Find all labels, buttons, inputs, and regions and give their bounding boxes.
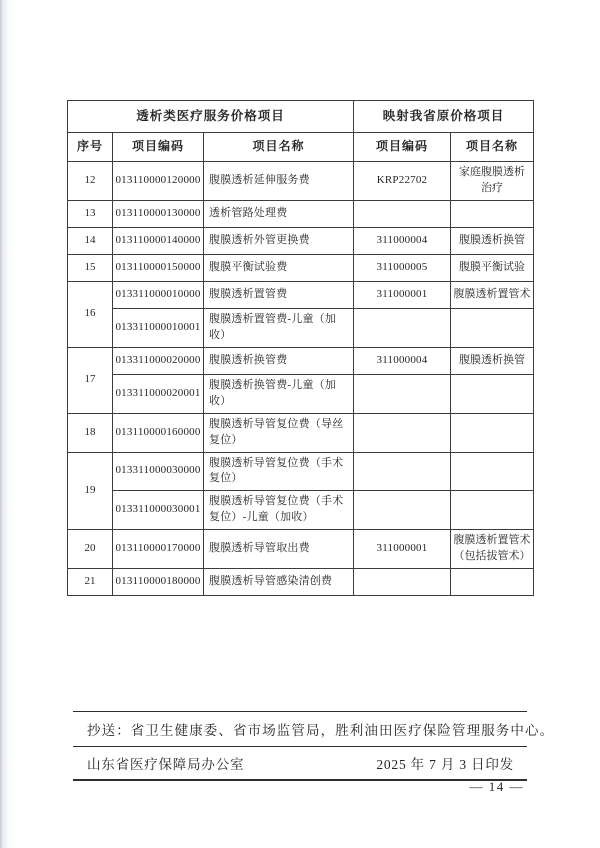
cell-seq: 21 — [68, 569, 113, 596]
issuing-office: 山东省医疗保障局办公室 — [87, 753, 244, 773]
cell-code: 013311000030001 — [113, 491, 204, 530]
cell-code: 013311000010000 — [113, 281, 204, 308]
cell-map-code — [354, 452, 451, 491]
document-footer: 抄送：省卫生健康委、省市场监管局，胜利油田医疗保险管理服务中心。 山东省医疗保障… — [73, 711, 527, 781]
table-row: 16013311000010000腹膜透析置管费311000001腹膜透析置管术 — [68, 281, 534, 308]
cell-code: 013110000120000 — [113, 162, 204, 201]
cell-seq: 12 — [68, 162, 113, 201]
cell-seq: 17 — [68, 347, 113, 413]
col-header-map-name: 项目名称 — [451, 133, 534, 162]
cell-name: 腹膜平衡试验费 — [204, 254, 354, 281]
cell-code: 013311000010001 — [113, 308, 204, 347]
cell-map-name — [451, 308, 534, 347]
table-row: 13013110000130000透析管路处理费 — [68, 200, 534, 227]
cell-map-code — [354, 374, 451, 413]
issue-date: 2025 年 7 月 3 日印发 — [376, 753, 514, 773]
cell-map-name — [451, 413, 534, 452]
table-row: 15013110000150000腹膜平衡试验费311000005腹膜平衡试验 — [68, 254, 534, 281]
col-header-item-name: 项目名称 — [204, 133, 354, 162]
cell-map-code: 311000001 — [354, 530, 451, 569]
cell-map-code — [354, 491, 451, 530]
cell-map-name: 家庭腹膜透析 治疗 — [451, 162, 534, 201]
issue-row: 山东省医疗保障局办公室 2025 年 7 月 3 日印发 — [73, 747, 527, 779]
cell-code: 013110000160000 — [113, 413, 204, 452]
table-row: 013311000020001腹膜透析换管费-儿童（加收） — [68, 374, 534, 413]
group-header-mapped-items: 映射我省原价格项目 — [354, 101, 534, 133]
cell-map-name — [451, 569, 534, 596]
table-row: 013311000030001腹膜透析导管复位费（手术复位）-儿童（加收） — [68, 491, 534, 530]
document-page: 透析类医疗服务价格项目 映射我省原价格项目 序号 项目编码 项目名称 项目编码 … — [0, 0, 600, 848]
cell-seq: 15 — [68, 254, 113, 281]
cell-name: 腹膜透析换管费 — [204, 347, 354, 374]
cell-map-code — [354, 413, 451, 452]
cell-name: 腹膜透析导管复位费（手术复位） — [204, 452, 354, 491]
table-row: 21013110000180000腹膜透析导管感染清创费 — [68, 569, 534, 596]
cell-name: 腹膜透析置管费-儿童（加收） — [204, 308, 354, 347]
cell-name: 腹膜透析置管费 — [204, 281, 354, 308]
table-row: 17013311000020000腹膜透析换管费311000004腹膜透析换管 — [68, 347, 534, 374]
cell-map-code — [354, 308, 451, 347]
cell-map-name: 腹膜透析置管术 — [451, 281, 534, 308]
cell-code: 013311000030000 — [113, 452, 204, 491]
cell-map-name — [451, 452, 534, 491]
cc-line: 抄送：省卫生健康委、省市场监管局，胜利油田医疗保险管理服务中心。 — [73, 712, 527, 746]
cell-map-code — [354, 569, 451, 596]
cell-name: 腹膜透析外管更换费 — [204, 227, 354, 254]
cell-map-code: 311000004 — [354, 347, 451, 374]
cell-seq: 20 — [68, 530, 113, 569]
cell-code: 013110000140000 — [113, 227, 204, 254]
cell-map-code: 311000004 — [354, 227, 451, 254]
table-row: 18013110000160000腹膜透析导管复位费（导丝复位） — [68, 413, 534, 452]
cell-seq: 19 — [68, 452, 113, 530]
cell-seq: 18 — [68, 413, 113, 452]
cell-map-name — [451, 200, 534, 227]
footer-rule-bottom — [73, 779, 527, 781]
cell-seq: 16 — [68, 281, 113, 347]
cell-code: 013110000130000 — [113, 200, 204, 227]
cell-name: 腹膜透析导管感染清创费 — [204, 569, 354, 596]
cell-name: 腹膜透析延伸服务费 — [204, 162, 354, 201]
cell-code: 013311000020001 — [113, 374, 204, 413]
table-row: 20013110000170000腹膜透析导管取出费311000001腹膜透析置… — [68, 530, 534, 569]
cell-name: 透析管路处理费 — [204, 200, 354, 227]
cell-code: 013110000180000 — [113, 569, 204, 596]
cell-code: 013311000020000 — [113, 347, 204, 374]
cell-map-code: KRP22702 — [354, 162, 451, 201]
cell-map-code — [354, 200, 451, 227]
table-row: 14013110000140000腹膜透析外管更换费311000004腹膜透析换… — [68, 227, 534, 254]
cell-name: 腹膜透析导管复位费（导丝复位） — [204, 413, 354, 452]
table-row: 013311000010001腹膜透析置管费-儿童（加收） — [68, 308, 534, 347]
cell-map-name: 腹膜平衡试验 — [451, 254, 534, 281]
cell-map-code: 311000001 — [354, 281, 451, 308]
dialysis-price-mapping-table: 透析类医疗服务价格项目 映射我省原价格项目 序号 项目编码 项目名称 项目编码 … — [67, 100, 534, 596]
cell-map-name: 腹膜透析置管术 （包括拔管术） — [451, 530, 534, 569]
cell-map-name — [451, 491, 534, 530]
group-header-dialysis-items: 透析类医疗服务价格项目 — [68, 101, 354, 133]
col-header-map-code: 项目编码 — [354, 133, 451, 162]
cell-name: 腹膜透析导管复位费（手术复位）-儿童（加收） — [204, 491, 354, 530]
cell-seq: 13 — [68, 200, 113, 227]
table-row: 19013311000030000腹膜透析导管复位费（手术复位） — [68, 452, 534, 491]
table-group-header-row: 透析类医疗服务价格项目 映射我省原价格项目 — [68, 101, 534, 133]
table-column-header-row: 序号 项目编码 项目名称 项目编码 项目名称 — [68, 133, 534, 162]
cell-name: 腹膜透析换管费-儿童（加收） — [204, 374, 354, 413]
table-row: 12013110000120000腹膜透析延伸服务费KRP22702家庭腹膜透析… — [68, 162, 534, 201]
cell-seq: 14 — [68, 227, 113, 254]
cell-map-name — [451, 374, 534, 413]
cell-name: 腹膜透析导管取出费 — [204, 530, 354, 569]
page-number: — 14 — — [470, 779, 525, 795]
cell-code: 013110000150000 — [113, 254, 204, 281]
col-header-seq: 序号 — [68, 133, 113, 162]
cell-map-name: 腹膜透析换管 — [451, 227, 534, 254]
cell-map-name: 腹膜透析换管 — [451, 347, 534, 374]
cell-code: 013110000170000 — [113, 530, 204, 569]
cell-map-code: 311000005 — [354, 254, 451, 281]
col-header-item-code: 项目编码 — [113, 133, 204, 162]
